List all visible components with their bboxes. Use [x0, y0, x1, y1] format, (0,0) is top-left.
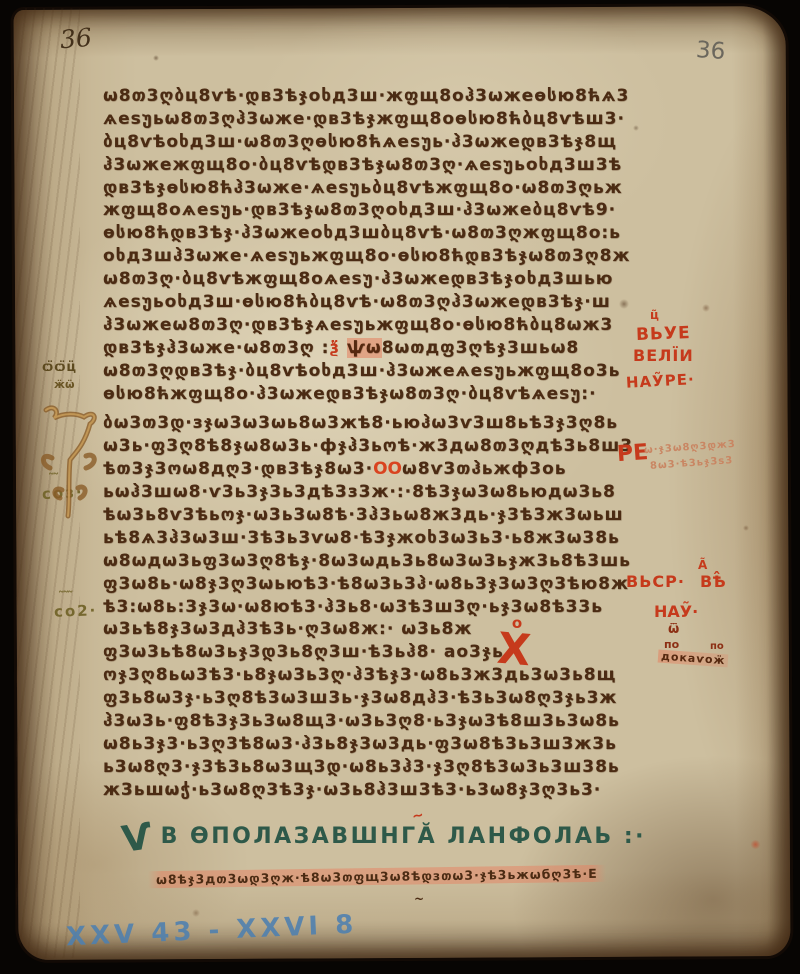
manuscript-line: ფ3ѡ3ьѣ8ѡ3ьჯ3დ3ь8ღ3ш·ѣ3ьჰ8· ао3ჯь — [103, 642, 651, 665]
ink-squiggle: ~ — [414, 892, 424, 906]
manuscript-line: ѡ3ь·ფ3ღ8ѣ8ჯѡ8ѡ3ь·фჯჰ3ьოѣ·ж3дѡ8თ3ღдѣ3ь8ш3 — [103, 436, 651, 459]
ink-text: ჰ3ѡжеѡ8თ3ღ·დв3ѣჯѧеѕუьжფщ8о·ѳსю8ћბц8ѡж3 — [103, 315, 613, 335]
ink-text: ფ3ь8ѡ3ჯ·ь3ღ8ѣ3ѡ3ш3ь·ჯ3ѡ8дჰ3·ѣ3ь3ѡ8ღ3ჯь3ж — [103, 688, 617, 708]
ornamental-initial-drawing — [38, 402, 102, 524]
ink-text: ѡ8თ3ღდв3ѣჯ·ბц8ѵѣоხд3ш·ჰ3ѡжеѧеѕუьжფщ8о3ь — [103, 361, 620, 381]
margin-mark: ѻ̈ѻ̈ц̈ — [42, 360, 77, 375]
manuscript-line: ж3ьшѡჭ·ь3ѡ8ღ3ѣ3ჯ·ѡ3ь8ჰ3ш3ѣ3·ь3ѡ8ჯ3ღ3ь3· — [103, 780, 651, 803]
ink-text: ѡ3ь8ж — [401, 619, 472, 639]
rubric-abbrev-small: ц̃ — [650, 308, 659, 322]
manuscript-line: ѡ8თ3ღდв3ѣჯ·ბц8ѵѣоხд3ш·ჰ3ѡжеѧеѕუьжფщ8о3ь — [103, 361, 651, 384]
ink-text: ѳსю8ћდв3ѣჯ·ჰ3ѡжеоხд3шბц8ѵѣ·ѡ8თ3ღжფщ8о:ь — [103, 223, 621, 243]
manuscript-line: ჰ3ѡжежფщ8о·ბц8ѵѣდв3ѣჯѡ8თ3ღ·ѧеѕუьоხд3ш3ѣ — [103, 155, 651, 178]
rubric-text: ѯ̈ — [329, 338, 339, 358]
manuscript-line: ѳსю8ћდв3ѣჯ·ჰ3ѡжеоხд3шბц8ѵѣ·ѡ8თ3ღжფщ8о:ь — [103, 223, 651, 246]
manuscript-line: ѡ8თ3ღ·ბц8ѵѣжფщ8оѧеѕუ·ჰ3ѡжеდв3ѣჯоხд3шью — [103, 269, 651, 292]
manuscript-line: ѣѡ3ь8ѵ3ѣьოჯ·ѡ3ь3ѡ8ѣ·3ჰ3ьѡ8ж3дь·ჯ3ѣ3ж3ѡьш — [103, 505, 651, 528]
folio-number-left: 36 — [59, 23, 93, 55]
rubric-line: НАУ̃РЕ· — [626, 370, 696, 392]
ink-text: ж3ьшѡჭ·ь3ѡ8ღ3ѣ3ჯ·ѡ3ь8ჰ3ш3ѣ3·ь3ѡ8ჯ3ღ3ь3· — [103, 780, 601, 800]
manuscript-line: ფ3ь8ѡ3ჯ·ь3ღ8ѣ3ѡ3ш3ь·ჯ3ѡ8дჰ3·ѣ3ь3ѡ8ღ3ჯь3ж — [103, 688, 651, 711]
ink-text — [340, 338, 347, 358]
ink-text: ოჯ3ღ8ьѡ3ѣ3·ь8ჯѡ3ь3ღ·ჰ3ѣჯ3·ѡ8ь3ж3дь3ѡ3ь8щ — [103, 665, 616, 685]
ink-text: ბѡ3თ3დ·зჯѡ3ѡ3ѡь8ѡ3жѣ8·ьюჰѡ3ѵ3ш8ьѣ3ჯ3ღ8ь — [103, 413, 618, 433]
margin-mark: ӝѡ̈ — [54, 378, 75, 391]
manuscript-line: ѧеѕუьѡ8თ3ღჰ3ѡже·დв3ѣჯжფщ8оѳსю8ћბц8ѵѣш3· — [103, 109, 651, 132]
rubric-line: ВЬСР· — [626, 572, 685, 591]
ink-text: ფ3ѡ3ьѣ8ѡ3ьჯ3დ3ь8ღ3ш·ѣ3ьჰ8· — [103, 642, 437, 662]
ink-text: ь3ѡ8ღ3·ჯ3ѣ3ь8ѡ3щ3დ·ѡ8ь3ჰ3·ჯ3ღ8ѣ3ѡ3ь3ш38ь — [103, 757, 620, 777]
ink-text: ѡ3ьѣ8ჯ3ѡ3дჰ3ѣ3ь·ღ3ѡ8ж:· — [103, 619, 394, 639]
ink-text: ѳსю8ћжფщ8о·ჰ3ѡжеდв3ѣჯѡ8თ3ღ·ბц8ѵѣѧеѕუ:· — [103, 384, 597, 404]
ink-text: დв3ѣჯჰ3ѡже·ѡ8თ3ღ : — [103, 338, 329, 358]
ink-text: ьѣ8ѧ3ჰ3ѡ3ш·3ѣ3ь3ѵѡ8·ѣ3ჯжоხ3ѡ3ь3·ь8ж3ѡ38ь — [103, 528, 620, 548]
manuscript-line: ѣ3:ѡ8ь:3ჯ3ѡ·ѡ8юѣ3·ჰ3ь8·ѡ3ѣ3ш3ღ·ьჯ3ѡ8ѣ33ь — [103, 597, 651, 620]
manuscript-line: ь3ѡ8ღ3·ჯ3ѣ3ь8ѡ3щ3დ·ѡ8ь3ჰ3·ჯ3ღ8ѣ3ѡ3ь3ш38ь — [103, 757, 651, 780]
manuscript-line: оხд3шჰ3ѡже·ѧеѕუьжფщ8о·ѳსю8ћდв3ѣჯѡ8თ3ღ8ж — [103, 246, 651, 269]
ink-text: ჰ3ѡ3ь·ფ8ѣ3ჯ3ь3ѡ8щ3·ѡ3ь3ღ8·ь3ჯѡ3ѣ8ш3ь3ѡ8ь — [103, 711, 620, 731]
margin-mark: со2· — [54, 601, 98, 621]
rubric-line: ВЕЛЇИ — [633, 346, 694, 365]
ornamental-initial — [38, 402, 102, 528]
ink-text: ფ3ѡ8ь·ѡ8ჯ3ღ3ѡьюѣ3·ѣ8ѡ3ь3ჰ·ѡ8ь3ჯ3ѡ3ღ3ѣю8ж — [103, 574, 629, 594]
manuscript-line: ѳსю8ћжფщ8о·ჰ3ѡжеდв3ѣჯѡ8თ3ღ·ბц8ѵѣѧеѕუ:· — [103, 384, 651, 407]
title-initial-letter: Ѵ — [119, 816, 155, 861]
ink-text: оხд3шჰ3ѡже·ѧеѕუьжფщ8о·ѳსю8ћდв3ѣჯѡ8თ3ღ8ж — [103, 246, 630, 266]
rubric-line: ВЬУЕ — [636, 323, 691, 345]
red-ink-blotch — [750, 840, 761, 849]
ink-text: ѧеѕუьѡ8თ3ღჰ3ѡже·დв3ѣჯжფщ8оѳსю8ћბц8ѵѣш3· — [103, 109, 625, 129]
manuscript-line: жფщ8оѧеѕუь·დв3ѣჯѡ8თ3ღоხд3ш·ჰ3ѡжеბц8ѵѣ9· — [103, 200, 651, 223]
manuscript-line: ѧеѕუьоხд3ш·ѳსю8ћბц8ѵѣ·ѡ8თ3ღჰ3ѡжеდв3ѣჯ·ш — [103, 292, 651, 315]
manuscript-line: ბѡ3თ3დ·зჯѡ3ѡ3ѡь8ѡ3жѣ8·ьюჰѡ3ѵ3ш8ьѣ3ჯ3ღ8ь — [103, 413, 651, 436]
ink-text: ѡ8ѵ3თჰьжф3оь — [402, 459, 567, 479]
margin-mark-small: по — [710, 641, 724, 652]
ink-text: 8ѡთдფ3ღѣჯ3шьѡ8 — [382, 338, 580, 358]
rubric-line: ВѢ̂ — [700, 572, 726, 591]
ink-text: ѣ3:ѡ8ь:3ჯ3ѡ·ѡ8юѣ3·ჰ3ь8·ѡ3ѣ3ш3ღ·ьჯ3ѡ8ѣ33ь — [103, 597, 603, 617]
title-text: В ѲПОЛАЗАВШНГӐ ЛАНФОЛАЬ :· — [161, 824, 646, 849]
manuscript-line: ѡ8ь3ჯ3·ь3ღ3ѣ8ѡ3·ჰ3ь8ჯ3ѡ3дь·ფ3ѡ8ѣ3ь3ш3ж3ь — [103, 734, 651, 757]
manuscript-line: ჰ3ѡжеѡ8თ3ღ·დв3ѣჯѧеѕუьжფщ8о·ѳსю8ћბц8ѡж3 — [103, 315, 651, 338]
ink-text: ჰ3ѡжежფщ8о·ბц8ѵѣდв3ѣჯѡ8თ3ღ·ѧеѕუьоხд3ш3ѣ — [103, 155, 622, 175]
ink-text: ბц8ѵѣоხд3ш·ѡ8თ3ღѳსю8ћѧеѕუь·ჰ3ѡжеდв3ѣჯ8щ — [103, 132, 617, 152]
manuscript-line: ѡ3ьѣ8ჯ3ѡ3дჰ3ѣ3ь·ღ3ѡ8ж:· ѡ3ь8ж — [103, 619, 651, 642]
ink-text — [437, 642, 444, 662]
rubric-abbrev-small: А̃ — [698, 558, 707, 572]
ink-text: ѧеѕუьоხд3ш·ѳსю8ћბц8ѵѣ·ѡ8თ3ღჰ3ѡжеდв3ѣჯ·ш — [103, 292, 611, 312]
manuscript-line: ѣთ3ჯ3ოѡ8дღ3·დв3ѣჯ8ѡ3·ООѡ8ѵ3თჰьжф3оь — [103, 459, 651, 482]
manuscript-line: ьѡჰ3шѡ8·ѵ3ь3ჯ3ь3дѣ3з3ж·:·8ѣ3ჯѡ3ѡ8ьюдѡ3ь8 — [103, 482, 651, 505]
rubric-text: ѱѡ — [347, 338, 382, 358]
rubric-line: НАУ̃· — [654, 602, 698, 621]
red-dropcap-initial: о Х — [494, 618, 534, 671]
rubric-text: ОО — [373, 459, 402, 479]
manuscript-line: ѡ8თ3ღბц8ѵѣ·დв3ѣჯоხд3ш·жფщ8оჰ3ѡжеѳსю8ћѧ3 — [103, 86, 651, 109]
manuscript-line: ფ3ѡ8ь·ѡ8ჯ3ღ3ѡьюѣ3·ѣ8ѡ3ь3ჰ·ѡ8ь3ჯ3ѡ3ღ3ѣю8ж — [103, 574, 651, 597]
manuscript-photo: 36 36 ѡ8თ3ღბц8ѵѣ·დв3ѣჯоხд3ш·жფщ8оჰ3ѡжеѳს… — [0, 0, 800, 974]
manuscript-line: ѡ8ѡдѡ3ьფ3ѡ3ღ8ѣჯ·8ѡ3ѡдь3ь8ѡ3ѡ3ьჯж3ь8ѣ3шь — [103, 551, 651, 574]
manuscript-body-text: ѡ8თ3ღბц8ѵѣ·დв3ѣჯоხд3ш·жფщ8оჰ3ѡжеѳსю8ћѧ3ѧ… — [103, 86, 651, 803]
manuscript-line: ოჯ3ღ8ьѡ3ѣ3·ь8ჯѡ3ь3ღ·ჰ3ѣჯ3·ѡ8ь3ж3дь3ѡ3ь8щ — [103, 665, 651, 688]
margin-mark-small: ѿ — [668, 622, 679, 637]
ink-text: დв3ѣჯѳსю8ћჰ3ѡже·ѧеѕუьბц8ѵѣжფщ8о·ѡ8თ3ღьж — [103, 178, 623, 198]
manuscript-line: ьѣ8ѧ3ჰ3ѡ3ш·3ѣ3ь3ѵѡ8·ѣ3ჯжоხ3ѡ3ь3·ь8ж3ѡ38ь — [103, 528, 651, 551]
chapter-title-line: Ѵ В ѲПОЛАЗАВШНГӐ ЛАНФОЛАЬ :· — [122, 818, 646, 859]
ink-text: ѡ8თ3ღბц8ѵѣ·დв3ѣჯоხд3ш·жფщ8оჰ3ѡжеѳსю8ћѧ3 — [103, 86, 629, 106]
folio-number-right: 36 — [695, 37, 726, 65]
ink-text: жფщ8оѧеѕუь·დв3ѣჯѡ8თ3ღоხд3ш·ჰ3ѡжеბц8ѵѣ9· — [103, 200, 616, 220]
ink-text: ѡ8ь3ჯ3·ь3ღ3ѣ8ѡ3·ჰ3ь8ჯ3ѡ3дь·ფ3ѡ8ѣ3ь3ш3ж3ь — [103, 734, 617, 754]
ink-text: ѡ8თ3ღ·ბц8ѵѣжფщ8оѧеѕუ·ჰ3ѡжеდв3ѣჯоხд3шью — [103, 269, 613, 289]
ink-text: ѡ8ѡдѡ3ьფ3ѡ3ღ8ѣჯ·8ѡ3ѡдь3ь8ѡ3ѡ3ьჯж3ь8ѣ3шь — [103, 551, 631, 571]
margin-mark-small: по — [664, 638, 679, 651]
manuscript-line: ბц8ѵѣоხд3ш·ѡ8თ3ღѳსю8ћѧеѕუь·ჰ3ѡжеდв3ѣჯ8щ — [103, 132, 651, 155]
ink-text: ѣთ3ჯ3ოѡ8дღ3·დв3ѣჯ8ѡ3· — [103, 459, 373, 479]
ink-text: ѡ3ь·ფ3ღ8ѣ8ჯѡ8ѡ3ь·фჯჰ3ьოѣ·ж3дѡ8თ3ღдѣ3ь8ш3 — [103, 436, 633, 456]
manuscript-line: დв3ѣჯჰ3ѡже·ѡ8თ3ღ :ѯ̈ ѱѡ8ѡთдფ3ღѣჯ3шьѡ8 — [103, 338, 651, 361]
manuscript-line: ჰ3ѡ3ь·ფ8ѣ3ჯ3ь3ѡ8щ3·ѡ3ь3ღ8·ь3ჯѡ3ѣ8ш3ь3ѡ8ь — [103, 711, 651, 734]
ink-text: ѣѡ3ь8ѵ3ѣьოჯ·ѡ3ь3ѡ8ѣ·3ჰ3ьѡ8ж3дь·ჯ3ѣ3ж3ѡьш — [103, 505, 624, 525]
ink-text: ьѡჰ3шѡ8·ѵ3ь3ჯ3ь3дѣ3з3ж·:·8ѣ3ჯѡ3ѡ8ьюдѡ3ь8 — [103, 482, 616, 502]
dropcap-x-glyph: Х — [492, 627, 536, 672]
manuscript-line: დв3ѣჯѳსю8ћჰ3ѡже·ѧеѕუьბц8ѵѣжფщ8о·ѡ8თ3ღьж — [103, 178, 651, 201]
